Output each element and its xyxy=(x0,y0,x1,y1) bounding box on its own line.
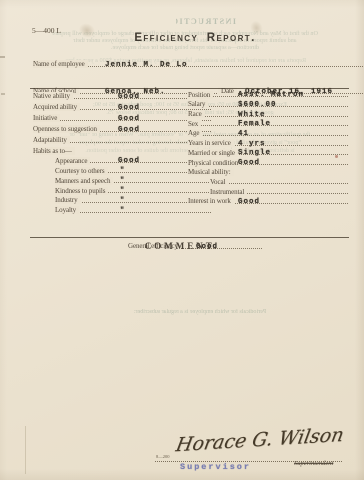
section-rule xyxy=(30,237,349,238)
scanned-efficiency-report: INSTRUCTIONS On the first of May and Nov… xyxy=(0,0,364,480)
field-row: AppearanceGood xyxy=(33,156,211,166)
paper-crease xyxy=(25,426,26,474)
field-row: Salary$600.00 xyxy=(188,100,348,110)
group-heading-row: Habits as to— xyxy=(33,145,211,156)
field-label: Industry xyxy=(55,196,81,204)
dotted-leader xyxy=(210,183,348,184)
form-number: 5—400 L xyxy=(32,26,61,35)
field-row: SexFemale xyxy=(188,119,348,129)
field-value: Asst. Matron xyxy=(238,91,304,99)
field-value: Good xyxy=(118,104,140,112)
field-label: Acquired ability xyxy=(33,103,80,111)
ratings-column-left: Native abilityGood Acquired abilityGood … xyxy=(33,90,211,215)
field-label: Race xyxy=(188,110,205,118)
field-label: Age xyxy=(188,129,202,137)
field-label: Interest in work xyxy=(188,197,234,205)
field-value: Good xyxy=(118,157,140,165)
dotted-leader xyxy=(188,135,348,136)
field-row: Manners and speech" xyxy=(33,176,211,186)
field-label: Physical condition xyxy=(188,159,241,167)
ditto-mark: " xyxy=(120,177,125,185)
field-label: Position xyxy=(188,91,213,99)
field-label: Kindness to pupils xyxy=(55,187,108,195)
ditto-mark: " xyxy=(120,187,125,195)
typed-supervisor-label: Supervisor xyxy=(180,462,251,472)
group-heading-label: Habits as to— xyxy=(33,147,75,155)
printed-superintendent-label: Superintendent xyxy=(294,460,333,467)
field-row: Years in service4 yrs xyxy=(188,138,348,148)
paper-crease xyxy=(76,20,99,42)
bleedthrough-text: direction—a separate report being made f… xyxy=(60,44,310,51)
field-row: Adaptability xyxy=(33,134,211,145)
field-row: Acquired abilityGood xyxy=(33,101,211,112)
field-row: Industry" xyxy=(33,196,211,206)
field-row: Instrumental xyxy=(188,187,348,197)
info-column-right: PositionAsst. Matron Salary$600.00 RaceW… xyxy=(188,90,348,206)
field-row: Kindness to pupils" xyxy=(33,186,211,196)
group-heading-row: Musical ability: xyxy=(188,168,348,178)
field-label: Appearance xyxy=(55,157,90,165)
field-label: Native ability xyxy=(33,92,73,100)
field-label: Loyalty xyxy=(55,206,79,214)
field-label: Sex xyxy=(188,120,201,128)
section-rule xyxy=(30,88,349,89)
bleedthrough-text: Periodicals for which employee is a regu… xyxy=(118,309,282,315)
field-label: Married or single xyxy=(188,149,238,157)
report-title: Efficiency Report. xyxy=(100,32,290,44)
field-row: Openness to suggestionGood xyxy=(33,123,211,134)
field-value: Good xyxy=(118,126,140,134)
ditto-mark: " xyxy=(120,207,125,215)
employee-name-row: Name of employee Jennie M. De Lo xyxy=(33,56,364,69)
field-value: Good xyxy=(238,159,260,167)
field-row: Native abilityGood xyxy=(33,90,211,101)
field-row: Age41 xyxy=(188,129,348,139)
field-row: RaceWhite xyxy=(188,109,348,119)
signature-handwriting: Horace G. Wilson xyxy=(174,424,346,457)
field-label: Courtesy to others xyxy=(55,167,108,175)
field-value: White xyxy=(238,111,266,119)
field-value: Single xyxy=(238,149,271,157)
field-row: InitiativeGood xyxy=(33,112,211,123)
field-label: Instrumental xyxy=(210,188,247,196)
field-value: $600.00 xyxy=(238,101,277,109)
field-value: 4 yrs xyxy=(238,140,266,148)
edge-mark xyxy=(0,56,5,58)
employee-name-label: Name of employee xyxy=(33,60,88,68)
field-label: Openness to suggestion xyxy=(33,125,100,133)
ditto-mark: " xyxy=(120,197,125,205)
field-value: 41 xyxy=(238,130,249,138)
field-value: Good xyxy=(118,93,140,101)
field-label: Vocal xyxy=(210,178,228,186)
field-row: Vocal xyxy=(188,177,348,187)
employee-name-value: Jennie M. De Lo xyxy=(105,61,188,69)
field-value: Good xyxy=(238,198,260,206)
field-row: Married or singleSingle xyxy=(188,148,348,158)
field-label: Manners and speech xyxy=(55,177,113,185)
field-row: Physical conditionGood xyxy=(188,158,348,168)
field-row: Loyalty" xyxy=(33,205,211,215)
field-row: Interest in workGood xyxy=(188,197,348,207)
dotted-leader xyxy=(188,116,348,117)
field-label: Years in service xyxy=(188,139,234,147)
bleedthrough-instructions-heading: INSTRUCTIONS xyxy=(176,17,236,26)
comment-heading: COMMENT. xyxy=(0,241,364,251)
ditto-mark: " xyxy=(120,167,125,175)
field-label: Adaptability xyxy=(33,136,70,144)
edge-mark xyxy=(1,93,5,95)
field-label: Salary xyxy=(188,100,208,108)
field-value: Good xyxy=(118,115,140,123)
field-row: PositionAsst. Matron xyxy=(188,90,348,100)
group-heading-label: Musical ability: xyxy=(188,168,234,176)
print-code: 8—200 xyxy=(156,454,170,459)
field-label: Initiative xyxy=(33,114,60,122)
field-value: Female xyxy=(238,120,271,128)
field-row: Courtesy to others" xyxy=(33,166,211,176)
